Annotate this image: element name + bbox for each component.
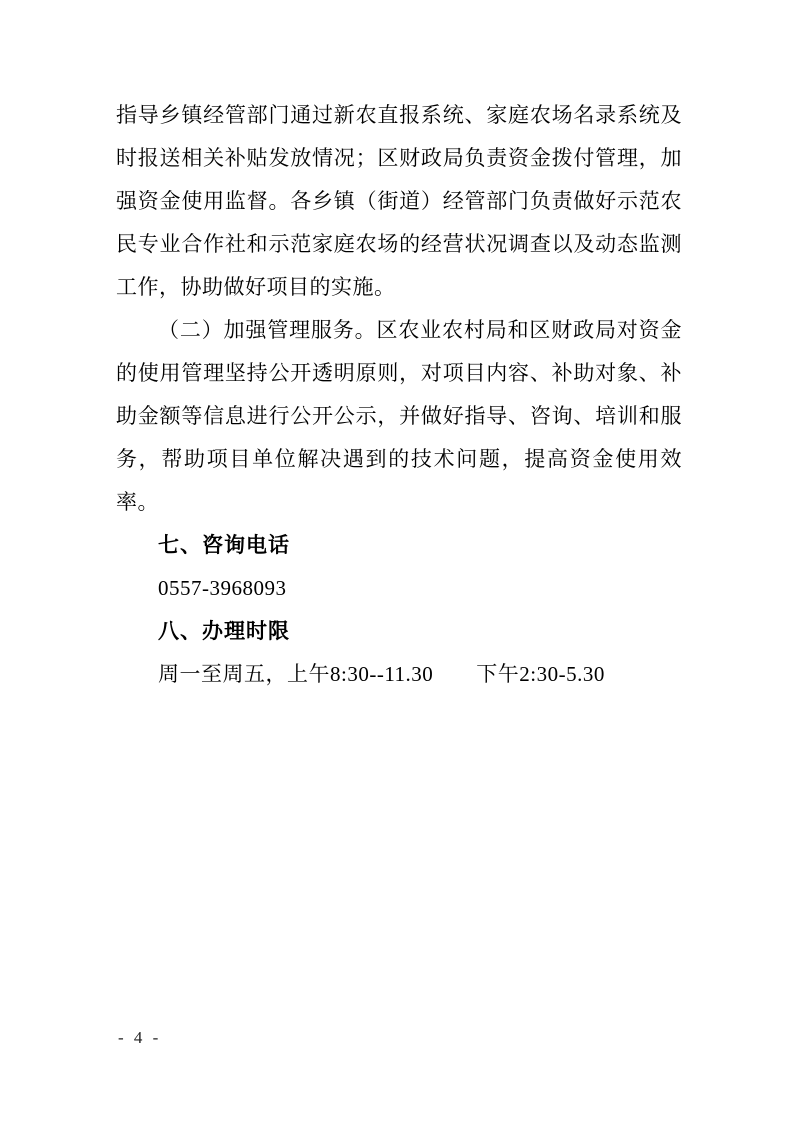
- consult-phone-number: 0557-3968093: [116, 567, 682, 610]
- office-hours-schedule: 周一至周五，上午8:30--11.30 下午2:30-5.30: [116, 653, 682, 696]
- body-paragraph-continuation: 指导乡镇经管部门通过新农直报系统、家庭农场名录系统及时报送相关补贴发放情况；区财…: [116, 94, 682, 309]
- section-heading-processing-time: 八、办理时限: [116, 610, 682, 653]
- page-number: - 4 -: [118, 1026, 161, 1050]
- section-heading-consult-phone: 七、咨询电话: [116, 524, 682, 567]
- document-content: 指导乡镇经管部门通过新农直报系统、家庭农场名录系统及时报送相关补贴发放情况；区财…: [116, 94, 682, 696]
- body-paragraph-strengthen-management: （二）加强管理服务。区农业农村局和区财政局对资金的使用管理坚持公开透明原则，对项…: [116, 309, 682, 524]
- document-page: 指导乡镇经管部门通过新农直报系统、家庭农场名录系统及时报送相关补贴发放情况；区财…: [0, 0, 793, 1122]
